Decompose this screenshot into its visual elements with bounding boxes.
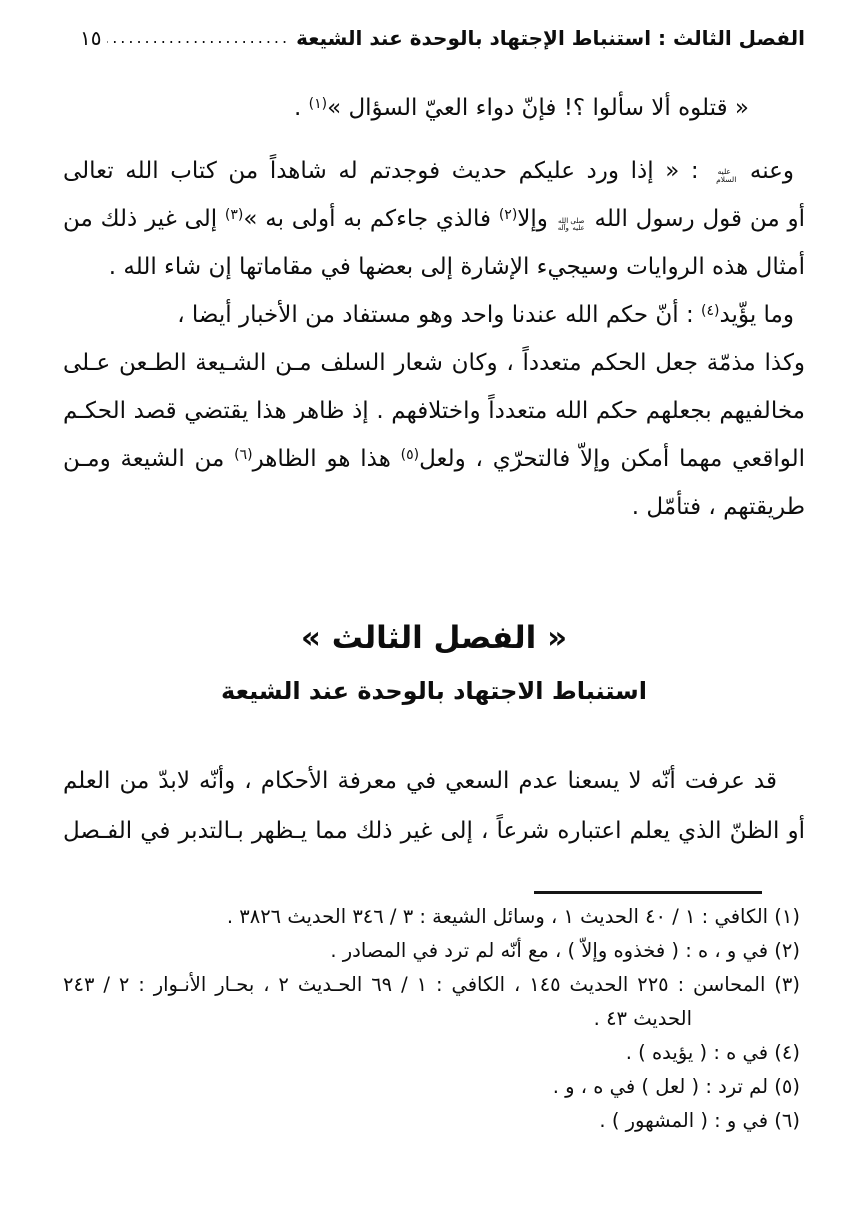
chapter-title: « الفصل الثالث » (63, 612, 805, 664)
footnote-marker: (٢) (499, 207, 517, 223)
honorific-symbol: عليه السلام (712, 168, 736, 184)
body-text: « قتلوه ألا سألوا ؟! فإنّ دواء العيّ الس… (63, 84, 805, 531)
paragraph-line: أو الظنّ الذي يعلم اعتباره شرعاً ، إلى غ… (63, 806, 805, 856)
body-line: مخالفيهم بجعلهم حكم الله متعدداً واختلاف… (63, 387, 805, 435)
footnote-marker: (١) (309, 96, 327, 112)
footnote-separator (534, 891, 762, 894)
footnote-line: (٦) في و : ( المشهور ) . (63, 1104, 800, 1138)
body-line: وكذا مذمّة جعل الحكم متعدداً ، وكان شعار… (63, 339, 805, 387)
footnote-line: (٥) لم ترد : ( لعل ) في ه ، و . (63, 1070, 800, 1104)
page-number: ١٥ (80, 26, 101, 50)
footnote-line: الحديث ٤٣ . (63, 1002, 800, 1036)
body-line: أو من قول رسول الله صلى الله عليه وآله و… (63, 195, 805, 243)
chapter-heading-block: « الفصل الثالث » استنباط الاجتهاد بالوحد… (63, 612, 805, 710)
footnote-marker: (٦) (234, 447, 252, 463)
running-title: الفصل الثالث : استنباط الإجتهاد بالوحدة … (296, 26, 805, 50)
body-line: الواقعي مهما أمكن وإلاّ فالتحرّي ، ولعل(… (63, 435, 805, 483)
footnotes-block: (١) الكافي : ١ / ٤٠ الحديث ١ ، وسائل الش… (63, 900, 800, 1138)
chapter-opening-paragraph: قد عرفت أنّه لا يسعنا عدم السعي في معرفة… (63, 756, 805, 856)
footnote-line: (٢) في و ، ه : ( فخذوه وإلاّ ) ، مع أنّه… (63, 934, 800, 968)
page-header: الفصل الثالث : استنباط الإجتهاد بالوحدة … (80, 26, 805, 50)
footnote-marker: (٤) (701, 303, 719, 319)
footnote-marker: (٥) (401, 447, 419, 463)
book-page: الفصل الثالث : استنباط الإجتهاد بالوحدة … (0, 0, 852, 1224)
footnote-marker: (٣) (225, 207, 243, 223)
body-line: وما يؤّيد(٤) : أنّ حكم الله عندنا واحد و… (63, 291, 805, 339)
footnote-line: (٤) في ه : ( يؤيده ) . (63, 1036, 800, 1070)
chapter-subtitle: استنباط الاجتهاد بالوحدة عند الشيعة (63, 672, 805, 710)
body-line: وعنه عليه السلام : « إذا ورد عليكم حديث … (63, 147, 805, 195)
dot-leader: ........................................… (107, 28, 290, 47)
paragraph-line: قد عرفت أنّه لا يسعنا عدم السعي في معرفة… (63, 756, 805, 806)
honorific-symbol: صلى الله عليه وآله (558, 218, 585, 233)
body-line: « قتلوه ألا سألوا ؟! فإنّ دواء العيّ الس… (63, 84, 805, 132)
footnote-line: (١) الكافي : ١ / ٤٠ الحديث ١ ، وسائل الش… (63, 900, 800, 934)
footnote-line: (٣) المحاسن : ٢٢٥ الحديث ١٤٥ ، الكافي : … (63, 968, 800, 1002)
body-line: طريقتهم ، فتأمّل . (63, 483, 805, 531)
body-line: أمثال هذه الروايات وسيجيء الإشارة إلى بع… (63, 243, 805, 291)
